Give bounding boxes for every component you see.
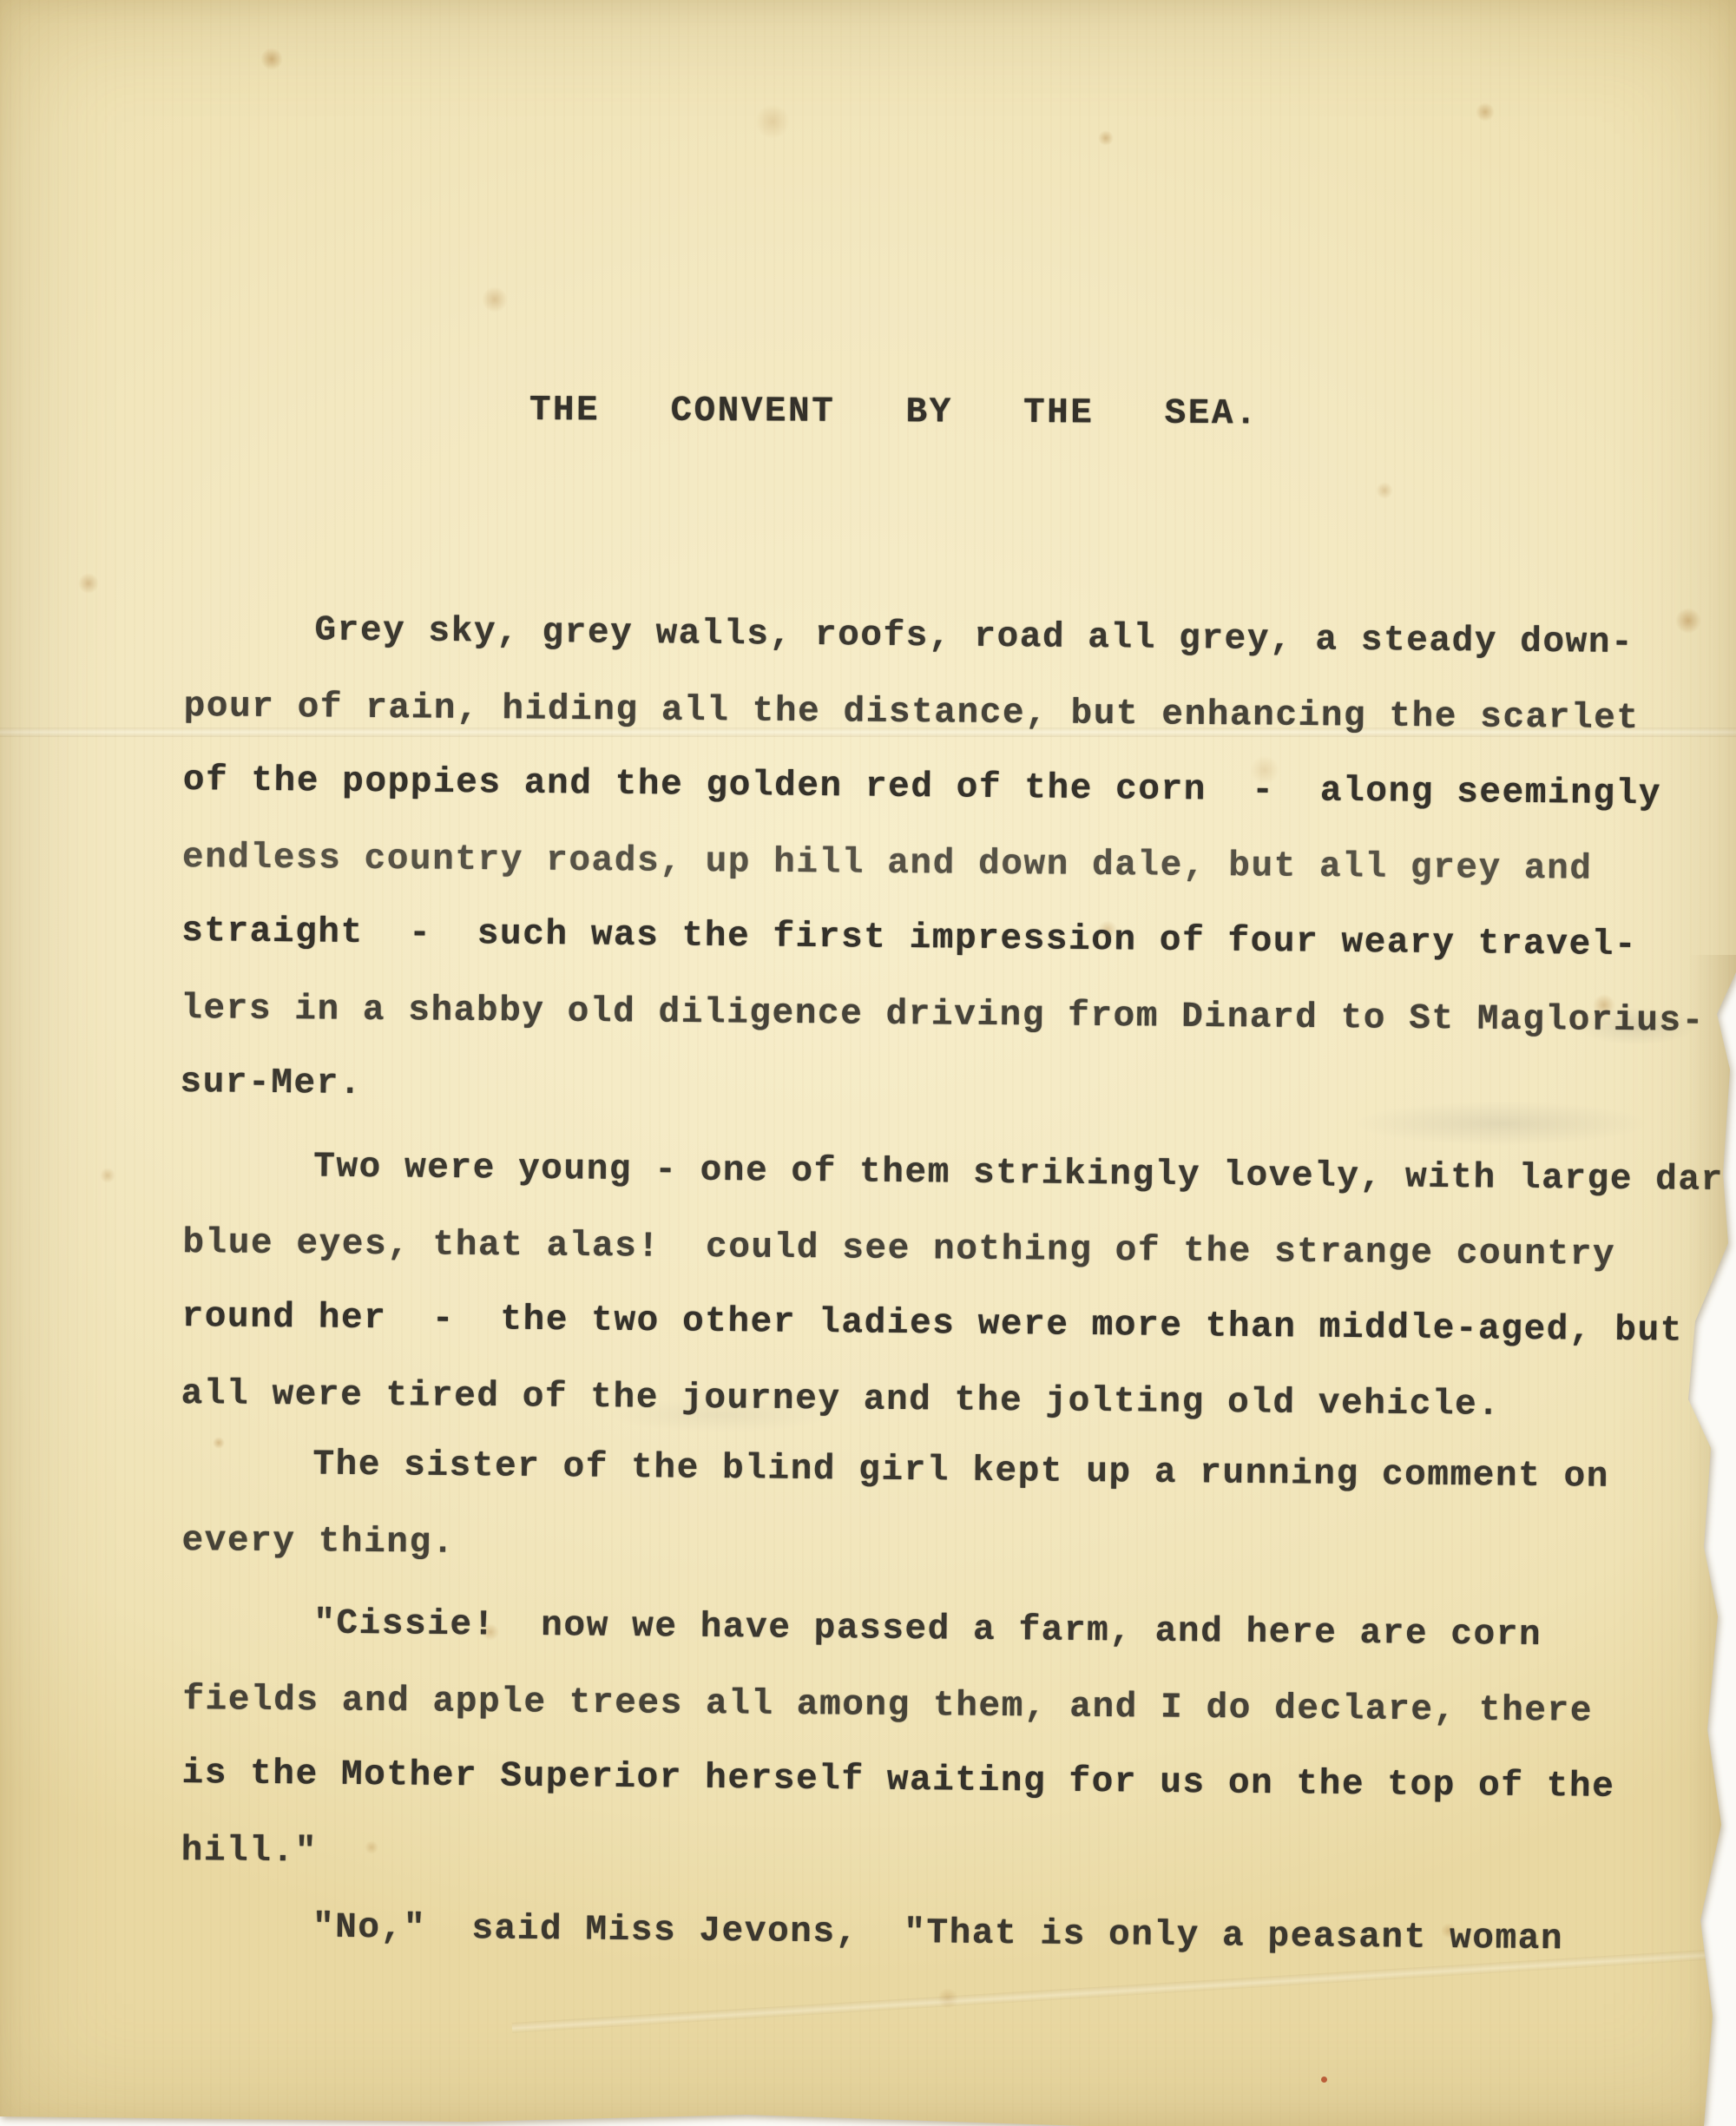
scanned-document-page: THE CONVENT BY THE SEA. Grey sky, grey w… [0,0,1736,2126]
text-line: sur-Mer. [180,1045,1721,1135]
paragraph-4: "Cissie! now we have passed a farm, and … [181,1585,1724,1902]
text-line: The sister of the blind girl kept up a r… [182,1426,1724,1517]
text-line: Grey sky, grey walls, roofs, road all gr… [184,592,1726,682]
text-line: blue eyes, that alas! could see nothing … [182,1206,1724,1294]
paragraph-2: Two were young - one of them strikingly … [181,1129,1724,1445]
document-title: THE CONVENT BY THE SEA. [0,388,1736,437]
paper-shadow-wrap: THE CONVENT BY THE SEA. Grey sky, grey w… [0,0,1736,2126]
paper-sheet: THE CONVENT BY THE SEA. Grey sky, grey w… [0,0,1736,2126]
text-line: straight - such was the first impression… [181,894,1723,984]
foxing-stain [100,1168,115,1183]
paragraph-1: Grey sky, grey walls, roofs, road all gr… [180,592,1726,1135]
text-line: hill." [181,1813,1722,1902]
text-line: is the Mother Superior herself waiting f… [181,1736,1723,1827]
text-line: "No," said Miss Jevons, "That is only a … [182,1889,1724,1979]
foxing-stain [260,48,283,70]
ink-speck [1321,2077,1327,2083]
text-line: endless country roads, up hill and down … [182,820,1724,909]
text-line: fields and apple trees all among them, a… [182,1662,1724,1751]
text-line: Two were young - one of them strikingly … [183,1129,1725,1219]
foxing-stain [1376,482,1393,499]
text-line: every thing. [181,1504,1723,1592]
foxing-stain [1476,102,1495,122]
paragraph-3: The sister of the blind girl kept up a r… [181,1426,1724,1592]
text-line: of the poppies and the golden red of the… [182,743,1724,833]
foxing-stain [937,1988,958,2009]
foxing-stain [78,573,99,594]
foxing-stain [1098,130,1114,146]
paragraph-5: "No," said Miss Jevons, "That is only a … [182,1889,1724,1979]
text-line: "Cissie! now we have passed a farm, and … [183,1585,1725,1675]
text-line: round her - the two other ladies were mo… [181,1280,1723,1370]
text-line: pour of rain, hiding all the distance, b… [183,669,1725,758]
foxing-stain [482,286,508,313]
foxing-stain [755,104,790,139]
